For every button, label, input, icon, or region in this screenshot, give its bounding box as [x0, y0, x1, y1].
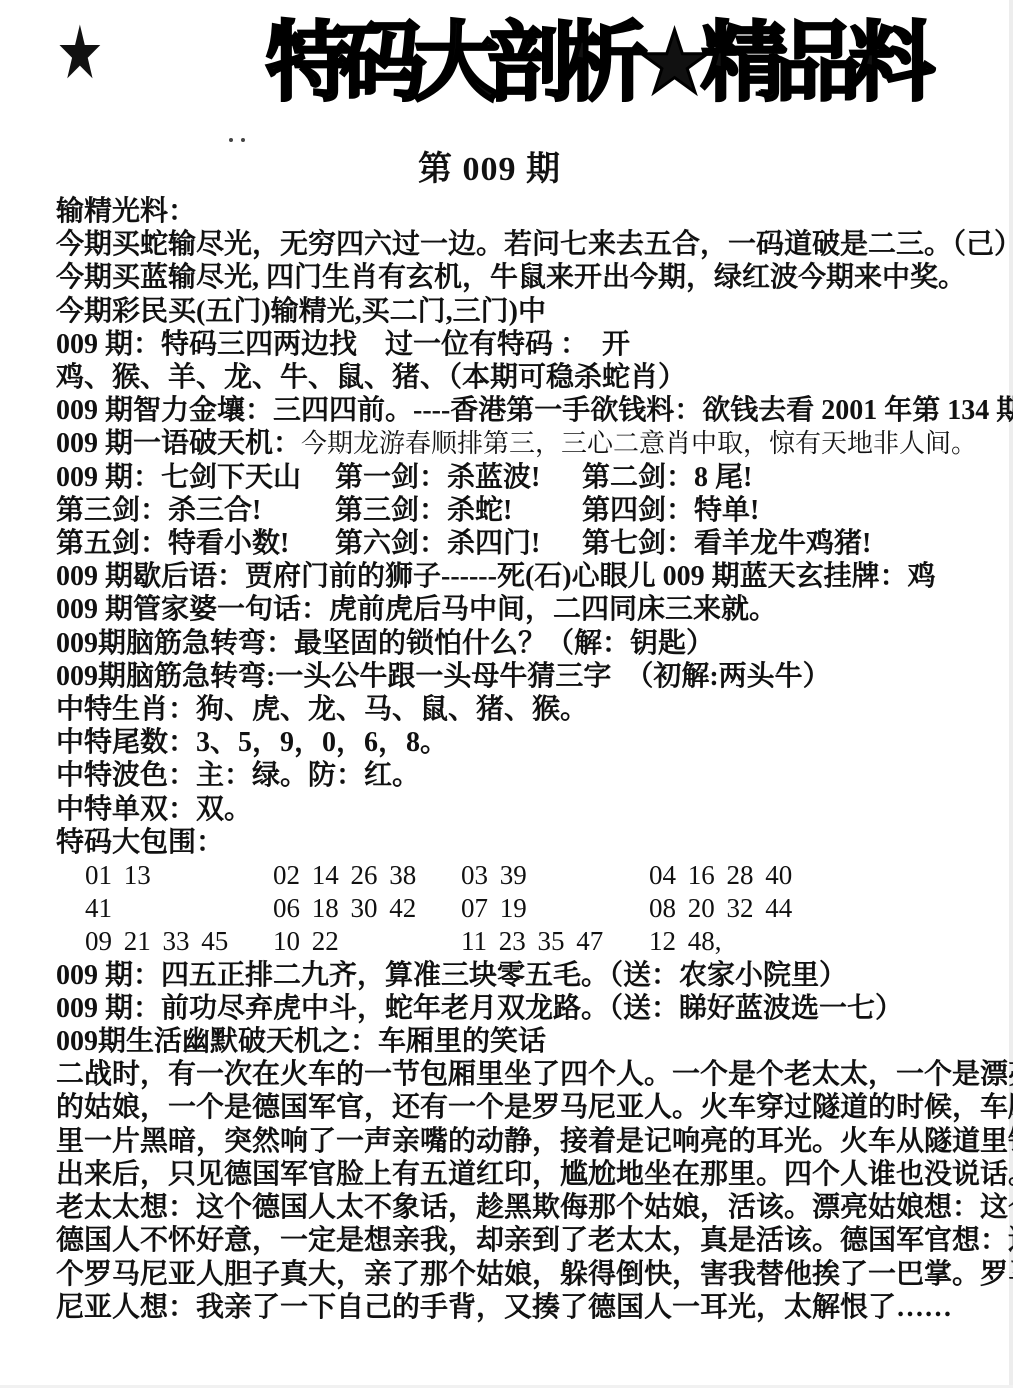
number-cell: 10 22	[273, 925, 461, 958]
sheet-body: 输精光料： 今期买蛇输尽光，无穷四六过一边。若问七来去五合，一码道破是二三。（己…	[56, 195, 987, 1324]
line-zhongte-wave: 中特波色：主：绿。防：红。	[56, 759, 987, 792]
sword-row: 第五剑：特看小数! 第六剑：杀四门! 第七剑：看羊龙牛鸡猪!	[56, 527, 987, 560]
page-title: 特码大剖析★精品料	[266, 16, 923, 111]
line-tip-doors: 今期彩民买(五门)输精光,买二门,三门)中	[56, 295, 987, 328]
star-icon: ★	[56, 16, 104, 90]
line-brainteaser-2: 009期脑筋急转弯:一头公牛跟一头母牛猜三字 （初解:两头牛）	[56, 660, 987, 693]
riddle-label: 009 期一语破天机：	[56, 428, 301, 459]
number-cell: 07 19	[461, 892, 649, 925]
story-line: 个罗马尼亚人胆子真大，亲了那个姑娘，躲得倒快，害我替他挨了一巴掌。罗马	[56, 1258, 987, 1291]
sword-cell: 第六剑：杀四门!	[335, 527, 582, 560]
line-baowei-heading: 特码大包围：	[56, 826, 987, 859]
number-cell: 12 48,	[649, 925, 987, 958]
lottery-tip-sheet-page: ★ 特码大剖析★精品料 第 009 期 输精光料： 今期买蛇输尽光，无穷四六过一…	[0, 0, 1013, 1388]
number-cell: 09 21 33 45	[85, 925, 273, 958]
story-line: 里一片黑暗，突然响了一声亲嘴的动静，接着是记响亮的耳光。火车从隧道里钻	[56, 1125, 987, 1158]
line-riddle: 009 期一语破天机：今期龙游春顺排第三，三心二意肖中取，惊有天地非人间。	[56, 427, 987, 460]
sword-cell: 第七剑：看羊龙牛鸡猪!	[582, 527, 987, 560]
story-line: 出来后，只见德国军官脸上有五道红印，尴尬地坐在那里。四个人谁也没说话。	[56, 1158, 987, 1191]
line-xiehouyu: 009 期歇后语：贾府门前的狮子------死(石)心眼儿 009 期蓝天玄挂牌…	[56, 560, 987, 593]
line-zhongte-zodiac: 中特生肖：狗、虎、龙、马、鼠、猪、猴。	[56, 693, 987, 726]
number-cell: 02 14 26 38	[273, 859, 461, 892]
riddle-text: 今期龙游春顺排第三，三心二意肖中取，惊有天地非人间。	[301, 429, 977, 458]
line-guanjiapo: 009 期管家婆一句话：虎前虎后马中间，二四同床三来就。	[56, 593, 987, 626]
sword-cell: 第五剑：特看小数!	[56, 527, 335, 560]
line-humor-heading: 009期生活幽默破天机之：车厢里的笑话	[56, 1025, 987, 1058]
sword-cell: 第四剑：特单!	[582, 494, 987, 527]
story-line: 老太太想：这个德国人太不象话，趁黑欺侮那个姑娘，活该。漂亮姑娘想：这个	[56, 1191, 987, 1224]
story-line: 德国人不怀好意，一定是想亲我，却亲到了老太太，真是活该。德国军官想：这	[56, 1224, 987, 1257]
story-line: 的姑娘，一个是德国军官，还有一个是罗马尼亚人。火车穿过隧道的时候，车厢	[56, 1091, 987, 1124]
sword-cell: 009 期：七剑下天山	[56, 461, 335, 494]
line-zhongte-oddeven: 中特单双：双。	[56, 793, 987, 826]
sword-cell: 第三剑：杀三合!	[56, 494, 335, 527]
number-cell: 08 20 32 44	[649, 892, 987, 925]
number-cell: 11 23 35 47	[461, 925, 649, 958]
line-verse-1: 009 期：四五正排二九齐，算准三块零五毛。（送：农家小院里）	[56, 959, 987, 992]
story-line: 尼亚人想：我亲了一下自己的手背，又揍了德国人一耳光，太解恨了……	[56, 1291, 987, 1324]
number-cell: 06 18 30 42	[273, 892, 461, 925]
line-tip-snake: 今期买蛇输尽光，无穷四六过一边。若问七来去五合，一码道破是二三。（己）	[56, 228, 987, 261]
line-tip-blue: 今期买蓝输尽光, 四门生肖有玄机，牛鼠来开出今期，绿红波今期来中奖。	[56, 261, 987, 294]
line-special-code: 009 期：特码三四两边找 过一位有特码 ： 开	[56, 328, 987, 361]
humor-story: 二战时，有一次在火车的一节包厢里坐了四个人。一个是个老太太，一个是漂亮 的姑娘，…	[56, 1058, 987, 1324]
number-grid-row: 01 13 02 14 26 38 03 39 04 16 28 40	[56, 859, 987, 892]
line-verse-2: 009 期：前功尽弃虎中斗，蛇年老月双龙路。（送：睇好蓝波选一七）	[56, 992, 987, 1025]
issue-number: 第 009 期	[0, 141, 1013, 190]
story-line: 二战时，有一次在火车的一节包厢里坐了四个人。一个是个老太太，一个是漂亮	[56, 1058, 987, 1091]
line-brainteaser-1: 009期脑筋急转弯：最坚固的锁怕什么？（解：钥匙）	[56, 627, 987, 660]
sword-cell: 第一剑：杀蓝波!	[335, 461, 582, 494]
sword-cell: 第三剑：杀蛇!	[335, 494, 582, 527]
sword-row: 第三剑：杀三合! 第三剑：杀蛇! 第四剑：特单!	[56, 494, 987, 527]
line-wisdom-gold: 009 期智力金壤：三四四前。----香港第一手欲钱料：欲钱去看 2001 年第…	[56, 394, 987, 427]
number-grid-row: 09 21 33 45 10 22 11 23 35 47 12 48,	[56, 925, 987, 958]
sword-cell: 第二剑：8 尾!	[582, 461, 987, 494]
line-zhongte-tails: 中特尾数：3、5，9，0，6，8。	[56, 726, 987, 759]
number-cell: 41	[85, 892, 273, 925]
line-zodiac-list: 鸡、猴、羊、龙、牛、鼠、猪、（本期可稳杀蛇肖）	[56, 361, 987, 394]
sword-row: 009 期：七剑下天山 第一剑：杀蓝波! 第二剑：8 尾!	[56, 461, 987, 494]
number-cell: 01 13	[85, 859, 273, 892]
number-cell: 04 16 28 40	[649, 859, 987, 892]
number-grid-row: 41 06 18 30 42 07 19 08 20 32 44	[56, 892, 987, 925]
line-material-heading: 输精光料：	[56, 195, 987, 228]
number-cell: 03 39	[461, 859, 649, 892]
